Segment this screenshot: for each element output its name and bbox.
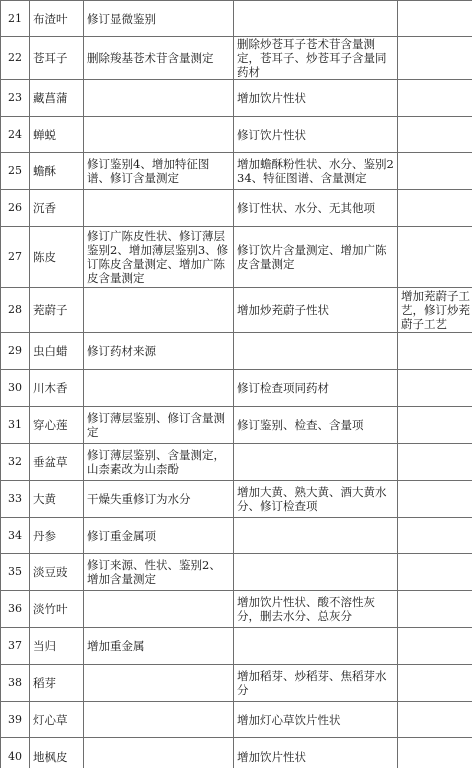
slice-revision: 增加灯心草饮片性状 <box>234 702 398 738</box>
slice-revision <box>234 554 398 591</box>
process-revision <box>398 702 472 738</box>
row-number: 31 <box>1 407 30 444</box>
table-row: 34 丹参 修订重金属项 <box>1 518 472 554</box>
herb-name: 藏菖蒲 <box>30 80 84 117</box>
table-row: 35 淡豆豉 修订来源、性状、鉴别2、增加含量测定 <box>1 554 472 591</box>
process-revision <box>398 80 472 117</box>
slice-revision: 删除炒苍耳子苍术苷含量测定，苍耳子、炒苍耳子含量同药材 <box>234 37 398 80</box>
herb-name: 蝉蜕 <box>30 117 84 153</box>
row-number: 39 <box>1 702 30 738</box>
slice-revision: 增加饮片性状 <box>234 738 398 768</box>
slice-revision: 修订鉴别、检查、含量项 <box>234 407 398 444</box>
herb-revision: 修订薄层鉴别、含量测定，山柰素改为山柰酚 <box>84 444 234 481</box>
process-revision <box>398 481 472 518</box>
slice-revision: 增加饮片性状 <box>234 80 398 117</box>
herb-revision: 修订广陈皮性状、修订薄层鉴别2、增加薄层鉴别3、修订陈皮含量测定、增加广陈皮含量… <box>84 227 234 288</box>
herb-revision: 修订重金属项 <box>84 518 234 554</box>
table-row: 31 穿心莲 修订薄层鉴别、修订含量测定 修订鉴别、检查、含量项 <box>1 407 472 444</box>
table-row: 21 布渣叶 修订显微鉴别 <box>1 1 472 37</box>
row-number: 26 <box>1 190 30 227</box>
herb-name: 沉香 <box>30 190 84 227</box>
herb-revision <box>84 738 234 768</box>
table-row: 38 稻芽 增加稻芽、炒稻芽、焦稻芽水分 <box>1 665 472 702</box>
herb-revision <box>84 665 234 702</box>
row-number: 25 <box>1 153 30 190</box>
table-row: 22 苍耳子 删除羧基苍术苷含量测定 删除炒苍耳子苍术苷含量测定，苍耳子、炒苍耳… <box>1 37 472 80</box>
process-revision <box>398 591 472 628</box>
table-row: 26 沉香 修订性状、水分、无其他项 <box>1 190 472 227</box>
herb-revision: 修订药材来源 <box>84 333 234 370</box>
herb-name: 灯心草 <box>30 702 84 738</box>
row-number: 21 <box>1 1 30 37</box>
herb-revision <box>84 370 234 407</box>
slice-revision: 增加炒茺蔚子性状 <box>234 288 398 333</box>
row-number: 37 <box>1 628 30 665</box>
table-row: 28 茺蔚子 增加炒茺蔚子性状 增加茺蔚子工艺，修订炒茺蔚子工艺 <box>1 288 472 333</box>
process-revision <box>398 1 472 37</box>
slice-revision <box>234 333 398 370</box>
herb-name: 丹参 <box>30 518 84 554</box>
process-revision <box>398 153 472 190</box>
table-row: 37 当归 增加重金属 <box>1 628 472 665</box>
process-revision <box>398 37 472 80</box>
revision-table: 21 布渣叶 修订显微鉴别 22 苍耳子 删除羧基苍术苷含量测定 删除炒苍耳子苍… <box>0 0 472 768</box>
row-number: 29 <box>1 333 30 370</box>
table-row: 30 川木香 修订检查项同药材 <box>1 370 472 407</box>
herb-revision: 修订显微鉴别 <box>84 1 234 37</box>
slice-revision: 增加饮片性状、酸不溶性灰分，删去水分、总灰分 <box>234 591 398 628</box>
table-row: 33 大黄 干燥失重修订为水分 增加大黄、熟大黄、酒大黄水分、修订检查项 <box>1 481 472 518</box>
slice-revision: 修订饮片性状 <box>234 117 398 153</box>
slice-revision: 增加稻芽、炒稻芽、焦稻芽水分 <box>234 665 398 702</box>
process-revision <box>398 370 472 407</box>
herb-name: 布渣叶 <box>30 1 84 37</box>
table-row: 25 蟾酥 修订鉴别4、增加特征图谱、修订含量测定 增加蟾酥粉性状、水分、鉴别2… <box>1 153 472 190</box>
process-revision <box>398 738 472 768</box>
process-revision <box>398 665 472 702</box>
table-row: 24 蝉蜕 修订饮片性状 <box>1 117 472 153</box>
herb-name: 稻芽 <box>30 665 84 702</box>
slice-revision <box>234 444 398 481</box>
process-revision: 增加茺蔚子工艺，修订炒茺蔚子工艺 <box>398 288 472 333</box>
herb-name: 蟾酥 <box>30 153 84 190</box>
herb-name: 垂盆草 <box>30 444 84 481</box>
process-revision <box>398 227 472 288</box>
row-number: 36 <box>1 591 30 628</box>
herb-revision: 删除羧基苍术苷含量测定 <box>84 37 234 80</box>
process-revision <box>398 190 472 227</box>
herb-name: 当归 <box>30 628 84 665</box>
process-revision <box>398 407 472 444</box>
herb-name: 川木香 <box>30 370 84 407</box>
table-row: 32 垂盆草 修订薄层鉴别、含量测定，山柰素改为山柰酚 <box>1 444 472 481</box>
slice-revision <box>234 628 398 665</box>
row-number: 22 <box>1 37 30 80</box>
herb-name: 淡竹叶 <box>30 591 84 628</box>
herb-name: 虫白蜡 <box>30 333 84 370</box>
herb-revision: 增加重金属 <box>84 628 234 665</box>
herb-name: 茺蔚子 <box>30 288 84 333</box>
herb-revision <box>84 288 234 333</box>
process-revision <box>398 444 472 481</box>
process-revision <box>398 117 472 153</box>
slice-revision <box>234 1 398 37</box>
herb-revision <box>84 702 234 738</box>
row-number: 24 <box>1 117 30 153</box>
row-number: 35 <box>1 554 30 591</box>
table-row: 40 地枫皮 增加饮片性状 <box>1 738 472 768</box>
herb-name: 大黄 <box>30 481 84 518</box>
row-number: 40 <box>1 738 30 768</box>
table-row: 29 虫白蜡 修订药材来源 <box>1 333 472 370</box>
process-revision <box>398 628 472 665</box>
slice-revision <box>234 518 398 554</box>
row-number: 27 <box>1 227 30 288</box>
row-number: 23 <box>1 80 30 117</box>
table-row: 36 淡竹叶 增加饮片性状、酸不溶性灰分，删去水分、总灰分 <box>1 591 472 628</box>
row-number: 32 <box>1 444 30 481</box>
row-number: 34 <box>1 518 30 554</box>
herb-name: 穿心莲 <box>30 407 84 444</box>
herb-revision <box>84 190 234 227</box>
herb-name: 地枫皮 <box>30 738 84 768</box>
herb-name: 陈皮 <box>30 227 84 288</box>
herb-revision: 修订薄层鉴别、修订含量测定 <box>84 407 234 444</box>
table-row: 23 藏菖蒲 增加饮片性状 <box>1 80 472 117</box>
herb-name: 苍耳子 <box>30 37 84 80</box>
row-number: 30 <box>1 370 30 407</box>
process-revision <box>398 554 472 591</box>
process-revision <box>398 333 472 370</box>
herb-revision: 修订来源、性状、鉴别2、增加含量测定 <box>84 554 234 591</box>
row-number: 33 <box>1 481 30 518</box>
herb-revision <box>84 117 234 153</box>
herb-revision: 修订鉴别4、增加特征图谱、修订含量测定 <box>84 153 234 190</box>
table-row: 39 灯心草 增加灯心草饮片性状 <box>1 702 472 738</box>
slice-revision: 增加大黄、熟大黄、酒大黄水分、修订检查项 <box>234 481 398 518</box>
row-number: 28 <box>1 288 30 333</box>
herb-revision <box>84 591 234 628</box>
herb-revision: 干燥失重修订为水分 <box>84 481 234 518</box>
slice-revision: 增加蟾酥粉性状、水分、鉴别234、特征图谱、含量测定 <box>234 153 398 190</box>
herb-name: 淡豆豉 <box>30 554 84 591</box>
process-revision <box>398 518 472 554</box>
slice-revision: 修订检查项同药材 <box>234 370 398 407</box>
table-row: 27 陈皮 修订广陈皮性状、修订薄层鉴别2、增加薄层鉴别3、修订陈皮含量测定、增… <box>1 227 472 288</box>
row-number: 38 <box>1 665 30 702</box>
herb-revision <box>84 80 234 117</box>
slice-revision: 修订饮片含量测定、增加广陈皮含量测定 <box>234 227 398 288</box>
slice-revision: 修订性状、水分、无其他项 <box>234 190 398 227</box>
